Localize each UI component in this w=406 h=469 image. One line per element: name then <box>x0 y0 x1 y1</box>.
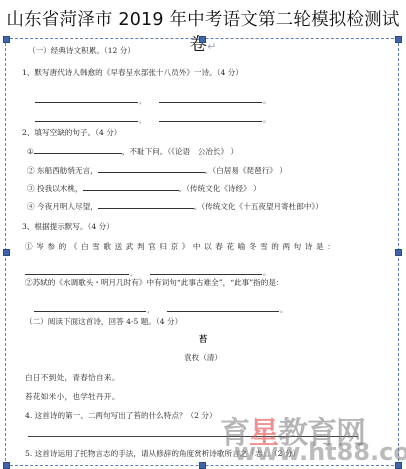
q2-prompt: 2、填写空缺的句子。（4 分） <box>22 127 121 138</box>
answer-blank <box>167 304 279 312</box>
poem-title: 苔 <box>0 333 406 345</box>
q3-prompt: 3、根据提示默写。（4 分） <box>22 221 114 232</box>
answer-blank <box>83 183 179 191</box>
answer-blank <box>35 114 138 122</box>
q3-item-1: ①岑参的《白雪歌送武判官归京》中以春花喻冬雪的两句诗是： <box>25 241 338 252</box>
answer-blank <box>35 95 138 103</box>
q3-item-2: ②苏轼的《水调歌头・明月几时有》中有词句“此事古难全”，“此事”指的是： <box>25 277 284 288</box>
q4-prompt: 4. 这首诗的第一、二两句写出了苔的什么特点？（2 分） <box>25 410 217 421</box>
q2-item-1: ①，不耻下问。（《论语 公冶长》 ） <box>27 146 238 157</box>
q1-prompt: 1、默写唐代诗人韩愈的《早春呈水部张十八员外》一诗。（4 分） <box>22 67 243 78</box>
answer-blank <box>34 146 122 154</box>
answer-blank <box>159 95 262 103</box>
poem-line-2: 苔花如米小，也学牡丹开。 <box>25 391 120 402</box>
answer-blank <box>150 267 262 275</box>
answer-blank <box>98 201 194 209</box>
exam-page-image: （一）经典诗文积累。（12 分） 1、默写唐代诗人韩愈的《早春呈水部张十八员外》… <box>0 0 406 469</box>
q1-blank-row-1: ， 。 <box>35 88 278 107</box>
section2-heading: （二）阅读下面这首诗，回答 4-5 题。（4 分） <box>25 316 182 327</box>
answer-blank <box>34 304 146 312</box>
q4-answer-line <box>28 436 358 437</box>
q2-item-2: ② 东船西舫悄无言，。（白居易《琵琶行》 ） <box>27 165 287 176</box>
answer-blank <box>25 267 129 275</box>
poem-author: 袁枚（清） <box>0 352 406 363</box>
answer-blank <box>98 165 205 173</box>
poem-line-1: 白日不到处，青春恰自来。 <box>25 372 120 383</box>
q5-prompt: 5. 这首诗运用了托物言志的手法，请从修辞的角度赏析诗歌所言之「志」。（2 分） <box>25 448 300 459</box>
q2-item-4: ④ 今夜月明人尽望，。（传统文化《十五夜望月寄杜郎中》） <box>27 201 323 212</box>
q1-blank-row-2: ， 。 <box>35 107 278 126</box>
q3-item-2-blanks: ， 。 <box>34 297 295 316</box>
answer-blank <box>159 114 262 122</box>
q2-item-3: ③ 投我以木桃，。（传统文化《诗经》 ） <box>27 183 261 194</box>
section1-heading: （一）经典诗文积累。（12 分） <box>28 45 135 56</box>
